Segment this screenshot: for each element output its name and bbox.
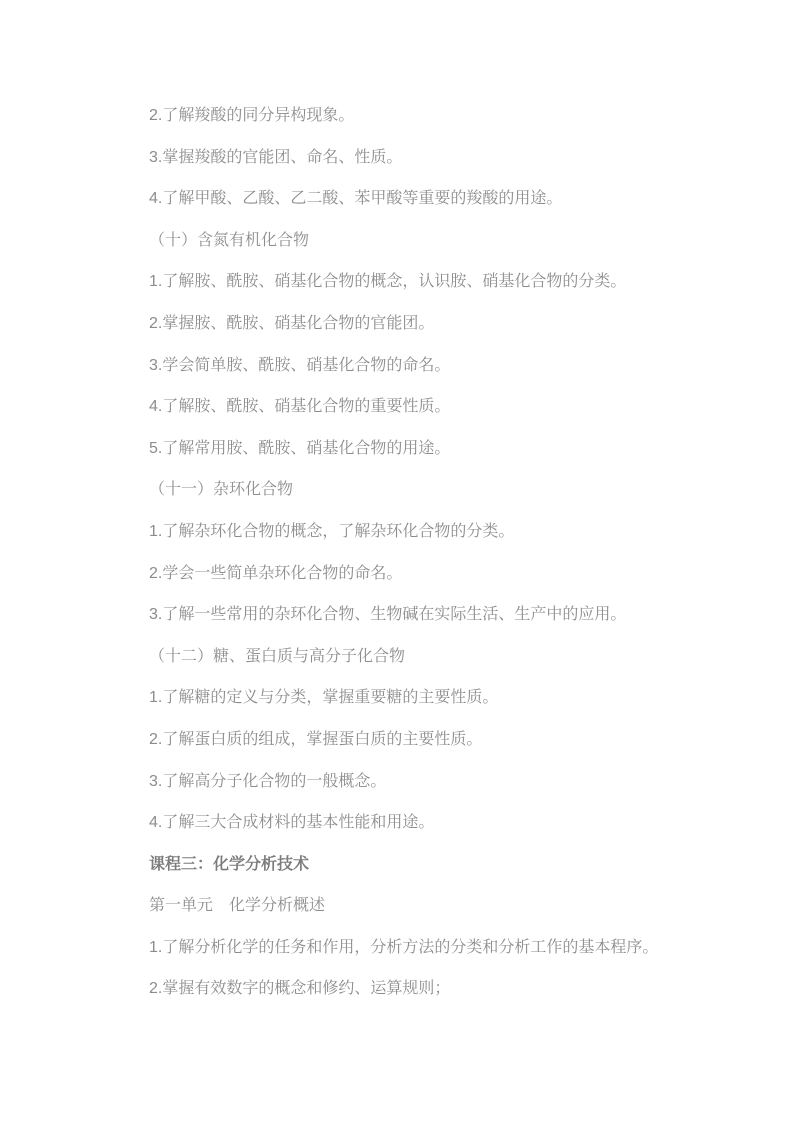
objective-line: 4.了解三大合成材料的基本性能和用途。 — [149, 802, 694, 844]
unit-heading: 第一单元 化学分析概述 — [149, 885, 694, 927]
objective-line: 5.了解常用胺、酰胺、硝基化合物的用途。 — [149, 428, 694, 470]
section-heading: （十一）杂环化合物 — [149, 469, 694, 511]
objective-line: 2.掌握胺、酰胺、硝基化合物的官能团。 — [149, 303, 694, 345]
document-body: 2.了解羧酸的同分异构现象。3.掌握羧酸的官能团、命名、性质。4.了解甲酸、乙酸… — [149, 95, 694, 1010]
objective-line: 3.学会简单胺、酰胺、硝基化合物的命名。 — [149, 345, 694, 387]
objective-line: 1.了解分析化学的任务和作用，分析方法的分类和分析工作的基本程序。 — [149, 927, 694, 969]
objective-line: 4.了解胺、酰胺、硝基化合物的重要性质。 — [149, 386, 694, 428]
objective-line: 2.了解羧酸的同分异构现象。 — [149, 95, 694, 137]
course-heading: 课程三：化学分析技术 — [149, 844, 694, 886]
objective-line: 3.了解一些常用的杂环化合物、生物碱在实际生活、生产中的应用。 — [149, 594, 694, 636]
section-heading: （十）含氮有机化合物 — [149, 220, 694, 262]
objective-line: 2.了解蛋白质的组成，掌握蛋白质的主要性质。 — [149, 719, 694, 761]
objective-line: 3.掌握羧酸的官能团、命名、性质。 — [149, 137, 694, 179]
objective-line: 1.了解胺、酰胺、硝基化合物的概念，认识胺、硝基化合物的分类。 — [149, 261, 694, 303]
objective-line: 1.了解糖的定义与分类，掌握重要糖的主要性质。 — [149, 677, 694, 719]
document-page: 2.了解羧酸的同分异构现象。3.掌握羧酸的官能团、命名、性质。4.了解甲酸、乙酸… — [0, 0, 794, 1122]
objective-line: 3.了解高分子化合物的一般概念。 — [149, 761, 694, 803]
section-heading: （十二）糖、蛋白质与高分子化合物 — [149, 636, 694, 678]
objective-line: 1.了解杂环化合物的概念，了解杂环化合物的分类。 — [149, 511, 694, 553]
objective-line: 4.了解甲酸、乙酸、乙二酸、苯甲酸等重要的羧酸的用途。 — [149, 178, 694, 220]
objective-line: 2.掌握有效数字的概念和修约、运算规则； — [149, 968, 694, 1010]
objective-line: 2.学会一些简单杂环化合物的命名。 — [149, 553, 694, 595]
